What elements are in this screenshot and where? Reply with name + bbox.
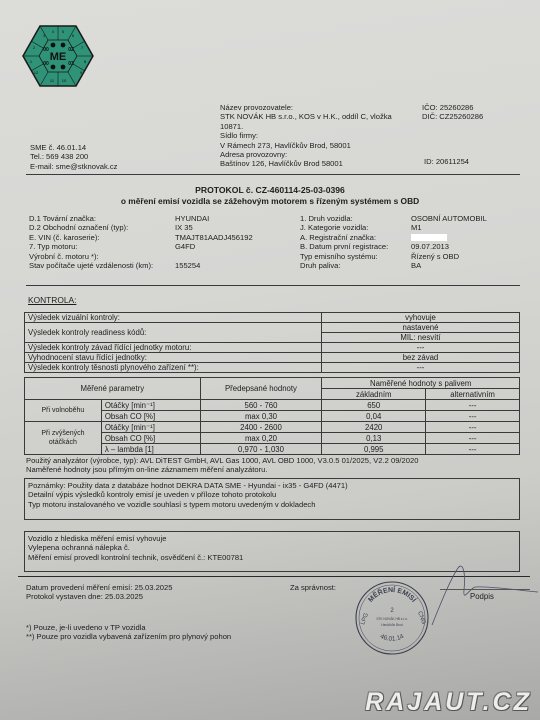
svg-text:03: 03 — [68, 61, 74, 67]
redacted-value — [411, 234, 447, 241]
prescribed: 2400 - 2600 — [200, 422, 322, 433]
table-row: Při zvýšených otáčkách Otáčky [min⁻¹] 24… — [25, 422, 520, 433]
footnote: *) Pouze, je-li uvedeno v TP vozidla — [26, 623, 231, 632]
svg-text:10: 10 — [62, 78, 67, 83]
result-line: Vozidlo z hlediska měření emisí vyhovuje — [28, 534, 516, 543]
mil-value: MIL: nesvítí — [322, 333, 520, 343]
header-prescribed: Předepsané hodnoty — [200, 378, 322, 400]
field-label: E. VIN (č. karoserie): — [29, 233, 175, 242]
vehicle-field: 1. Druh vozidla:OSOBNÍ AUTOMOBIL — [300, 214, 487, 223]
protocol-subtitle: o měření emisí vozidla se zážehovým moto… — [0, 196, 540, 207]
sme-contact: SME č. 46.01.14 Tel.: 569 438 200 E-mail… — [30, 143, 117, 171]
official-stamp: MĚŘENÍ EMISÍ LPG CNG 2 STK NOVÁK HB s.r.… — [354, 580, 430, 656]
prescribed: max 0,30 — [200, 411, 322, 422]
phone: Tel.: 569 438 200 — [30, 152, 117, 161]
svg-text:ME: ME — [50, 51, 67, 63]
field-value: BA — [411, 261, 421, 270]
table-row: Výsledek kontroly readiness kódů: nastav… — [25, 323, 520, 333]
field-label: B. Datum první registrace: — [300, 242, 411, 251]
company-ids: IČO: 25260286 DIČ: CZ25260286 — [422, 103, 483, 122]
table-header-row: Měřené parametry Předepsané hodnoty Namě… — [25, 378, 520, 389]
svg-text:00: 00 — [43, 61, 49, 67]
field-label: D.2 Obchodní označení (typ): — [29, 223, 175, 232]
footnote: **) Pouze pro vozidla vybavená zařízením… — [26, 632, 231, 641]
param: Otáčky [min⁻¹] — [101, 422, 200, 433]
field-value: 155254 — [175, 261, 200, 270]
field-label: D.1 Tovární značka: — [29, 214, 175, 223]
dates: Datum provedení měření emisí: 25.03.2025… — [26, 583, 172, 602]
field-value: Řízený s OBD — [411, 252, 459, 261]
checks-table: Výsledek vizuální kontroly: vyhovuje Výs… — [24, 312, 520, 373]
group-raised: Při zvýšených otáčkách — [25, 422, 102, 455]
prescribed: 0,970 - 1,030 — [200, 444, 322, 455]
header-params: Měřené parametry — [25, 378, 201, 400]
analyzer-line: Použitý analyzátor (výrobce, typ): AVL D… — [26, 456, 418, 465]
footnotes: *) Pouze, je-li uvedeno v TP vozidla **)… — [26, 623, 231, 642]
gas-check-label: Výsledek kontroly těsnosti plynového zař… — [25, 363, 322, 373]
prescribed: max 0,20 — [200, 433, 322, 444]
premises-address: Baštínov 126, Havlíčkův Brod 58001 — [220, 159, 410, 168]
svg-text:02: 02 — [68, 47, 74, 53]
field-label: 7. Typ motoru: — [29, 242, 175, 251]
sme-number: SME č. 46.01.14 — [30, 143, 117, 152]
analyzer-note: Naměřené hodnoty jsou přímým on-line záz… — [26, 465, 418, 474]
measurements-table: Měřené parametry Předepsané hodnoty Namě… — [24, 377, 520, 455]
note-line: Typ motoru instalovaného ve vozidle souh… — [28, 500, 516, 509]
param: λ – lambda [1] — [101, 444, 200, 455]
vehicle-field: 7. Typ motoru:G4FD — [29, 242, 253, 251]
notes-box: Poznámky: Použity data z databáze hodnot… — [24, 478, 520, 520]
field-label: Stav počítače ujeté vzdálenosti (km): — [29, 261, 175, 270]
table-row: Výsledek kontroly závad řídící jednotky … — [25, 343, 520, 353]
field-label: Typ emisního systému: — [300, 252, 411, 261]
field-value: 09.07.2013 — [411, 242, 449, 251]
param: Obsah CO [%] — [101, 433, 200, 444]
table-row: Při volnoběhu Otáčky [min⁻¹] 560 - 760 6… — [25, 400, 520, 411]
svg-text:STK NOVÁK HB s.r.o.: STK NOVÁK HB s.r.o. — [376, 617, 407, 621]
table-row: Vyhodnocení stavu řídící jednotky: bez z… — [25, 353, 520, 363]
prescribed: 560 - 760 — [200, 400, 322, 411]
header-divider — [26, 174, 520, 175]
ecu-faults-label: Výsledek kontroly závad řídící jednotky … — [25, 343, 322, 353]
analyzer-info: Použitý analyzátor (výrobce, typ): AVL D… — [26, 456, 418, 475]
field-value: G4FD — [175, 242, 195, 251]
field-value: M1 — [411, 223, 422, 232]
measure-date: Datum provedení měření emisí: 25.03.2025 — [26, 583, 172, 592]
vehicle-field: E. VIN (č. karoserie):TMAJT81AADJ456192 — [29, 233, 253, 242]
vehicle-field: A. Registrační značka: — [300, 233, 487, 242]
basic: 0,13 — [322, 433, 426, 444]
header-basic: základním — [322, 389, 426, 400]
alternative: --- — [426, 433, 520, 444]
station-id: ID: 20611254 — [424, 157, 469, 166]
note-line: Detailní výpis výsledků kontroly emisí j… — [28, 490, 516, 499]
signature-label: Podpis — [470, 592, 494, 601]
basic: 650 — [322, 400, 426, 411]
result-line: Vylepena ochranná nálepka č. — [28, 543, 516, 552]
operator-info: Název provozovatele: STK NOVÁK HB s.r.o.… — [220, 103, 410, 169]
visual-check-value: vyhovuje — [322, 313, 520, 323]
premises-label: Adresa provozovny: — [220, 150, 410, 159]
protocol-number: PROTOKOL č. CZ-460114-25-03-0396 — [0, 185, 540, 196]
dic: DIČ: CZ25260286 — [422, 112, 483, 121]
group-idle: Při volnoběhu — [25, 400, 102, 422]
basic: 0,04 — [322, 411, 426, 422]
field-value: IX 35 — [175, 223, 193, 232]
basic: 0,995 — [322, 444, 426, 455]
field-label: J. Kategorie vozidla: — [300, 223, 411, 232]
field-value: TMAJT81AADJ456192 — [175, 233, 253, 242]
rajaut-watermark: RAJAUT.CZ — [300, 688, 532, 717]
svg-text:CNG: CNG — [416, 611, 426, 626]
vehicle-field: Typ emisního systému:Řízený s OBD — [300, 252, 487, 261]
signature-line — [440, 589, 530, 590]
field-value: OSOBNÍ AUTOMOBIL — [411, 214, 487, 223]
table-row: Výsledek kontroly těsnosti plynového zař… — [25, 363, 520, 373]
alternative: --- — [426, 411, 520, 422]
header-measured: Naměřené hodnoty s palivem — [322, 378, 520, 389]
alternative: --- — [426, 444, 520, 455]
protocol-title: PROTOKOL č. CZ-460114-25-03-0396 o měřen… — [0, 185, 540, 207]
basic: 2420 — [322, 422, 426, 433]
vehicle-field: Stav počítače ujeté vzdálenosti (km):155… — [29, 261, 253, 270]
vehicle-field: J. Kategorie vozidla:M1 — [300, 223, 487, 232]
operator-name: STK NOVÁK HB s.r.o., KOS v H.K., oddíl C… — [220, 112, 410, 131]
readiness-value: nastavené — [322, 323, 520, 333]
ico: IČO: 25260286 — [422, 103, 483, 112]
readiness-label: Výsledek kontroly readiness kódů: — [25, 323, 322, 343]
ecu-state-value: bez závad — [322, 353, 520, 363]
gas-check-value: --- — [322, 363, 520, 373]
vehicle-info-left: D.1 Tovární značka:HYUNDAID.2 Obchodní o… — [29, 214, 253, 270]
svg-text:LPG: LPG — [360, 612, 370, 626]
alternative: --- — [426, 422, 520, 433]
me-hexagon-logo: ME 45 36 27 18 129 1110 00 02 00 03 — [22, 24, 94, 88]
za-spravnost-label: Za správnost: — [290, 583, 336, 592]
field-label: 1. Druh vozidla: — [300, 214, 411, 223]
table-row: Výsledek vizuální kontroly: vyhovuje — [25, 313, 520, 323]
vehicle-field: D.2 Obchodní označení (typ):IX 35 — [29, 223, 253, 232]
field-label: Výrobní č. motoru *): — [29, 252, 175, 261]
vehicle-field: B. Datum první registrace:09.07.2013 — [300, 242, 487, 251]
vehicle-info-right: 1. Druh vozidla:OSOBNÍ AUTOMOBILJ. Kateg… — [300, 214, 487, 270]
vehicle-field: Druh paliva:BA — [300, 261, 487, 270]
visual-check-label: Výsledek vizuální kontroly: — [25, 313, 322, 323]
alternative: --- — [426, 400, 520, 411]
ecu-state-label: Vyhodnocení stavu řídící jednotky: — [25, 353, 322, 363]
email: E-mail: sme@stknovak.cz — [30, 162, 117, 171]
vehicle-field: D.1 Tovární značka:HYUNDAI — [29, 214, 253, 223]
header-alternative: alternativním — [426, 389, 520, 400]
kontrola-heading: KONTROLA: — [28, 295, 76, 305]
operator-label: Název provozovatele: — [220, 103, 410, 112]
field-value: HYUNDAI — [175, 214, 209, 223]
svg-text:12: 12 — [34, 70, 39, 75]
vehicle-divider — [26, 285, 520, 286]
field-label: Druh paliva: — [300, 261, 411, 270]
field-label: A. Registrační značka: — [300, 233, 411, 242]
vehicle-field: Výrobní č. motoru *): — [29, 252, 253, 261]
issued-date: Protokol vystaven dne: 25.03.2025 — [26, 592, 172, 601]
svg-text:Havlíčkův Brod: Havlíčkův Brod — [381, 623, 403, 627]
seat-label: Sídlo firmy: — [220, 131, 410, 140]
param: Obsah CO [%] — [101, 411, 200, 422]
seat-address: V Rámech 273, Havlíčkův Brod, 58001 — [220, 141, 410, 150]
param: Otáčky [min⁻¹] — [101, 400, 200, 411]
note-line: Poznámky: Použity data z databáze hodnot… — [28, 481, 516, 490]
svg-text:00: 00 — [43, 47, 49, 53]
ecu-faults-value: --- — [322, 343, 520, 353]
svg-text:2: 2 — [390, 608, 394, 614]
svg-text:46.01.14: 46.01.14 — [379, 633, 405, 643]
